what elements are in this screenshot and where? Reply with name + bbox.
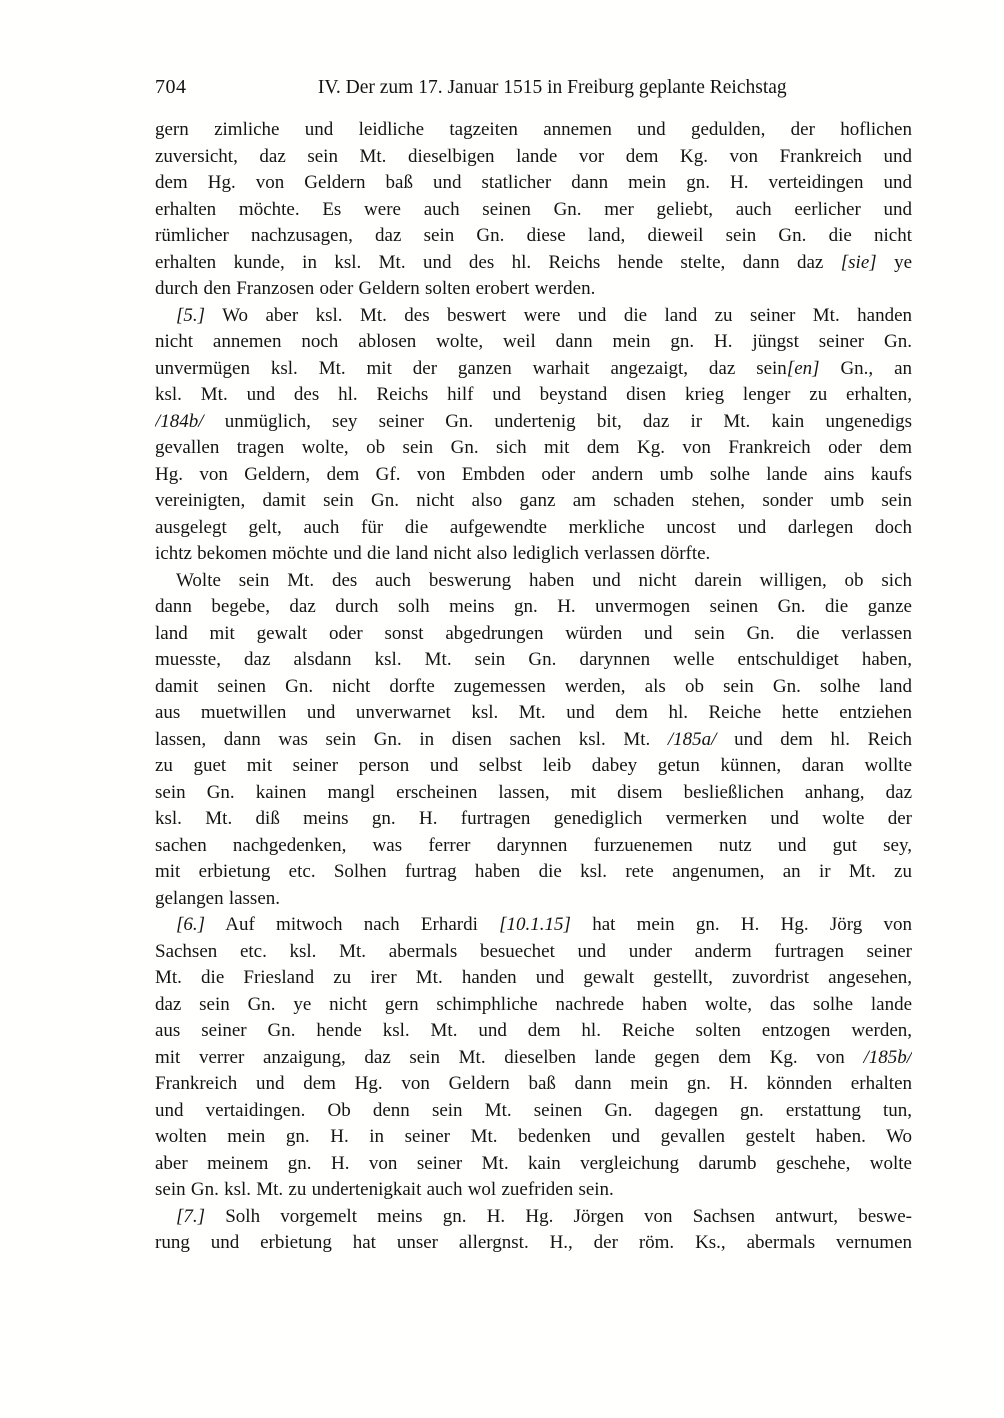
text-line: sein Gn. ksl. Mt. zu undertenigkait auch… bbox=[155, 1177, 912, 1204]
text-segment: Auf mitwoch nach Erhardi bbox=[205, 914, 499, 935]
text-segment: nicht annemen noch ablosen wolte, weil d… bbox=[155, 331, 912, 352]
text-line: und vertaidingen. Ob denn sein Mt. seine… bbox=[155, 1098, 912, 1125]
text-line: Wolte sein Mt. des auch beswerung haben … bbox=[155, 568, 912, 595]
text-segment: muesste, daz alsdann ksl. Mt. sein Gn. d… bbox=[155, 649, 912, 670]
editorial-italic-segment: [en] bbox=[787, 358, 820, 379]
text-line: daz sein Gn. ye nicht gern schimphliche … bbox=[155, 992, 912, 1019]
text-line: Hg. von Geldern, dem Gf. von Embden oder… bbox=[155, 462, 912, 489]
text-line: rung und erbietung hat unser allergnst. … bbox=[155, 1230, 912, 1257]
text-segment: damit seinen Gn. nicht dorfte zugemessen… bbox=[155, 676, 912, 697]
text-line: nicht annemen noch ablosen wolte, weil d… bbox=[155, 329, 912, 356]
text-segment: aus muetwillen und unverwarnet ksl. Mt. … bbox=[155, 702, 912, 723]
text-segment: hat mein gn. H. Hg. Jörg von bbox=[571, 914, 912, 935]
text-segment: ichtz bekomen möchte und die land nicht … bbox=[155, 543, 710, 564]
text-segment: dem Hg. von Geldern baß und statlicher d… bbox=[155, 172, 912, 193]
text-line: gelangen lassen. bbox=[155, 886, 912, 913]
text-segment: rung und erbietung hat unser allergnst. … bbox=[155, 1232, 912, 1253]
paragraph: [6.] Auf mitwoch nach Erhardi [10.1.15] … bbox=[155, 912, 912, 1204]
text-segment: ausgelegt gelt, auch für die aufgewendte… bbox=[155, 517, 912, 538]
text-line: rümlicher nachzusagen, daz sein Gn. dies… bbox=[155, 223, 912, 250]
text-line: gevallen tragen wolte, ob sein Gn. sich … bbox=[155, 435, 912, 462]
text-line: dem Hg. von Geldern baß und statlicher d… bbox=[155, 170, 912, 197]
text-block: gern zimliche und leidliche tagzeiten an… bbox=[155, 117, 912, 1257]
text-segment: Sachsen etc. ksl. Mt. abermals besuechet… bbox=[155, 941, 912, 962]
running-title: IV. Der zum 17. Januar 1515 in Freiburg … bbox=[318, 77, 787, 99]
text-line: damit seinen Gn. nicht dorfte zugemessen… bbox=[155, 674, 912, 701]
text-line: ksl. Mt. diß meins gn. H. furtragen gene… bbox=[155, 806, 912, 833]
paragraph: Wolte sein Mt. des auch beswerung haben … bbox=[155, 568, 912, 913]
text-line: ksl. Mt. und des hl. Reichs hilf und bey… bbox=[155, 382, 912, 409]
text-segment: mit erbietung etc. Solhen furtrag haben … bbox=[155, 861, 912, 882]
text-segment: gern zimliche und leidliche tagzeiten an… bbox=[155, 119, 912, 140]
text-segment: daz sein Gn. ye nicht gern schimphliche … bbox=[155, 994, 912, 1015]
text-line: aber meinem gn. H. von seiner Mt. kain v… bbox=[155, 1151, 912, 1178]
text-line: mit verrer anzaigung, daz sein Mt. diese… bbox=[155, 1045, 912, 1072]
text-line: sachen nachgedenken, was ferrer darynnen… bbox=[155, 833, 912, 860]
text-segment: durch den Franzosen oder Geldern solten … bbox=[155, 278, 595, 299]
editorial-italic-segment: [5.] bbox=[176, 305, 205, 326]
text-line: mit erbietung etc. Solhen furtrag haben … bbox=[155, 859, 912, 886]
text-line: muesste, daz alsdann ksl. Mt. sein Gn. d… bbox=[155, 647, 912, 674]
text-segment: zuversicht, daz sein Mt. dieselbigen lan… bbox=[155, 146, 912, 167]
text-segment: Mt. die Friesland zu irer Mt. handen und… bbox=[155, 967, 912, 988]
text-line: aus muetwillen und unverwarnet ksl. Mt. … bbox=[155, 700, 912, 727]
text-line: Frankreich und dem Hg. von Geldern baß d… bbox=[155, 1071, 912, 1098]
text-segment: ksl. Mt. diß meins gn. H. furtragen gene… bbox=[155, 808, 912, 829]
text-line: aus seiner Gn. hende ksl. Mt. und dem hl… bbox=[155, 1018, 912, 1045]
paragraph: gern zimliche und leidliche tagzeiten an… bbox=[155, 117, 912, 303]
text-line: gern zimliche und leidliche tagzeiten an… bbox=[155, 117, 912, 144]
text-segment: und vertaidingen. Ob denn sein Mt. seine… bbox=[155, 1100, 912, 1121]
text-line: unvermügen ksl. Mt. mit der ganzen warha… bbox=[155, 356, 912, 383]
running-head: 704 IV. Der zum 17. Januar 1515 in Freib… bbox=[155, 76, 912, 104]
text-line: wolten mein gn. H. in seiner Mt. bedenke… bbox=[155, 1124, 912, 1151]
text-segment: Gn., an bbox=[820, 358, 912, 379]
text-line: lassen, dann was sein Gn. in disen sache… bbox=[155, 727, 912, 754]
text-segment: Wolte sein Mt. des auch beswerung haben … bbox=[176, 570, 912, 591]
text-line: [7.] Solh vorgemelt meins gn. H. Hg. Jör… bbox=[155, 1204, 912, 1231]
text-segment: ye bbox=[877, 252, 912, 273]
text-segment: erhalten möchte. Es were auch seinen Gn.… bbox=[155, 199, 912, 220]
text-line: zuversicht, daz sein Mt. dieselbigen lan… bbox=[155, 144, 912, 171]
text-segment: gelangen lassen. bbox=[155, 888, 280, 909]
text-line: Sachsen etc. ksl. Mt. abermals besuechet… bbox=[155, 939, 912, 966]
text-line: sein Gn. kainen mangl erscheinen lassen,… bbox=[155, 780, 912, 807]
text-segment: und dem hl. Reich bbox=[716, 729, 912, 750]
text-segment: aber meinem gn. H. von seiner Mt. kain v… bbox=[155, 1153, 912, 1174]
text-segment: sachen nachgedenken, was ferrer darynnen… bbox=[155, 835, 912, 856]
text-segment: mit verrer anzaigung, daz sein Mt. diese… bbox=[155, 1047, 863, 1068]
text-segment: rümlicher nachzusagen, daz sein Gn. dies… bbox=[155, 225, 912, 246]
text-segment: wolten mein gn. H. in seiner Mt. bedenke… bbox=[155, 1126, 912, 1147]
paragraph: [5.] Wo aber ksl. Mt. des beswert were u… bbox=[155, 303, 912, 568]
paragraph: [7.] Solh vorgemelt meins gn. H. Hg. Jör… bbox=[155, 1204, 912, 1257]
page-content: 704 IV. Der zum 17. Januar 1515 in Freib… bbox=[155, 76, 912, 1257]
editorial-italic-segment: [6.] bbox=[176, 914, 205, 935]
editorial-italic-segment: /184b/ bbox=[155, 411, 204, 432]
text-line: Mt. die Friesland zu irer Mt. handen und… bbox=[155, 965, 912, 992]
text-segment: lassen, dann was sein Gn. in disen sache… bbox=[155, 729, 668, 750]
text-line: durch den Franzosen oder Geldern solten … bbox=[155, 276, 912, 303]
text-line: ausgelegt gelt, auch für die aufgewendte… bbox=[155, 515, 912, 542]
text-line: ichtz bekomen möchte und die land nicht … bbox=[155, 541, 912, 568]
text-line: land mit gewalt oder sonst abgedrungen w… bbox=[155, 621, 912, 648]
text-line: /184b/ unmüglich, sey seiner Gn. underte… bbox=[155, 409, 912, 436]
text-line: [5.] Wo aber ksl. Mt. des beswert were u… bbox=[155, 303, 912, 330]
text-segment: Wo aber ksl. Mt. des beswert were und di… bbox=[205, 305, 912, 326]
text-segment: Hg. von Geldern, dem Gf. von Embden oder… bbox=[155, 464, 912, 485]
editorial-italic-segment: /185b/ bbox=[863, 1047, 912, 1068]
text-segment: erhalten kunde, in ksl. Mt. und des hl. … bbox=[155, 252, 841, 273]
text-segment: aus seiner Gn. hende ksl. Mt. und dem hl… bbox=[155, 1020, 912, 1041]
text-segment: vereinigten, damit sein Gn. nicht also g… bbox=[155, 490, 912, 511]
text-line: erhalten möchte. Es were auch seinen Gn.… bbox=[155, 197, 912, 224]
editorial-italic-segment: /185a/ bbox=[668, 729, 717, 750]
text-segment: sein Gn. kainen mangl erscheinen lassen,… bbox=[155, 782, 912, 803]
editorial-italic-segment: [7.] bbox=[176, 1206, 205, 1227]
text-segment: ksl. Mt. und des hl. Reichs hilf und bey… bbox=[155, 384, 912, 405]
page-number: 704 bbox=[155, 76, 187, 99]
text-line: dann begebe, daz durch solh meins gn. H.… bbox=[155, 594, 912, 621]
text-segment: Frankreich und dem Hg. von Geldern baß d… bbox=[155, 1073, 912, 1094]
editorial-italic-segment: [sie] bbox=[841, 252, 877, 273]
text-line: [6.] Auf mitwoch nach Erhardi [10.1.15] … bbox=[155, 912, 912, 939]
text-segment: Solh vorgemelt meins gn. H. Hg. Jörgen v… bbox=[205, 1206, 912, 1227]
text-segment: unvermügen ksl. Mt. mit der ganzen warha… bbox=[155, 358, 787, 379]
text-segment: dann begebe, daz durch solh meins gn. H.… bbox=[155, 596, 912, 617]
text-segment: land mit gewalt oder sonst abgedrungen w… bbox=[155, 623, 912, 644]
text-segment: unmüglich, sey seiner Gn. undertenig bit… bbox=[204, 411, 912, 432]
text-line: vereinigten, damit sein Gn. nicht also g… bbox=[155, 488, 912, 515]
text-segment: zu guet mit seiner person und selbst lei… bbox=[155, 755, 912, 776]
text-line: erhalten kunde, in ksl. Mt. und des hl. … bbox=[155, 250, 912, 277]
text-segment: sein Gn. ksl. Mt. zu undertenigkait auch… bbox=[155, 1179, 614, 1200]
book-page: 704 IV. Der zum 17. Januar 1515 in Freib… bbox=[0, 0, 1004, 1418]
text-segment: gevallen tragen wolte, ob sein Gn. sich … bbox=[155, 437, 912, 458]
text-line: zu guet mit seiner person und selbst lei… bbox=[155, 753, 912, 780]
editorial-italic-segment: [10.1.15] bbox=[499, 914, 571, 935]
